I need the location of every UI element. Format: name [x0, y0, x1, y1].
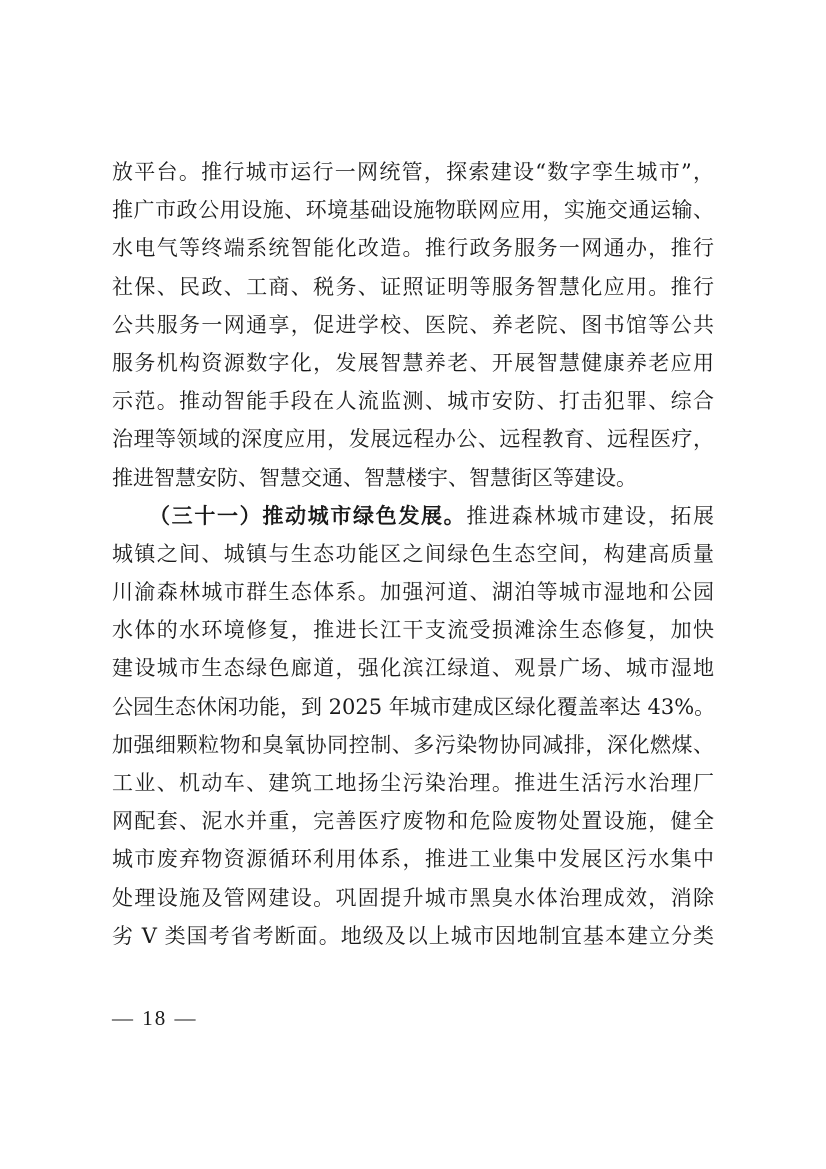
text-line: 公共服务一网通享，促进学校、医院、养老院、图书馆等公共 — [112, 306, 714, 344]
text-line: 工业、机动车、建筑工地扬尘污染治理。推进生活污水治理厂 — [112, 764, 714, 802]
text-line: 川渝森林城市群生态体系。加强河道、湖泊等城市湿地和公园 — [112, 573, 714, 611]
text-line: 城镇之间、城镇与生态功能区之间绿色生态空间，构建高质量 — [112, 535, 714, 573]
text-line: 加强细颗粒物和臭氧协同控制、多污染物协同减排，深化燃煤、 — [112, 726, 714, 764]
section-first-line: （三十一）推动城市绿色发展。推进森林城市建设，拓展 — [112, 497, 714, 535]
body-text: 放平台。推行城市运行一网统管，探索建设“数字孪生城市”， 推广市政公用设施、环境… — [112, 153, 714, 955]
document-page: 放平台。推行城市运行一网统管，探索建设“数字孪生城市”， 推广市政公用设施、环境… — [0, 0, 826, 1169]
text-line: 水体的水环境修复，推进长江干支流受损滩涂生态修复，加快 — [112, 611, 714, 649]
text-line: 推进智慧安防、智慧交通、智慧楼宇、智慧街区等建设。 — [112, 459, 714, 497]
section-first-line-text: 推进森林城市建设，拓展 — [466, 504, 714, 528]
text-line: 社保、民政、工商、税务、证照证明等服务智慧化应用。推行 — [112, 268, 714, 306]
text-line: 城市废弃物资源循环利用体系，推进工业集中发展区污水集中 — [112, 840, 714, 878]
section-heading: （三十一）推动城市绿色发展。 — [149, 503, 466, 528]
text-line: 水电气等终端系统智能化改造。推行政务服务一网通办，推行 — [112, 229, 714, 267]
text-line: 网配套、泥水并重，完善医疗废物和危险废物处置设施，健全 — [112, 802, 714, 840]
page-number: — 18 — — [112, 1006, 198, 1031]
text-line: 处理设施及管网建设。巩固提升城市黑臭水体治理成效，消除 — [112, 879, 714, 917]
text-line: 示范。推动智能手段在人流监测、城市安防、打击犯罪、综合 — [112, 382, 714, 420]
text-line: 公园生态休闲功能，到 2025 年城市建成区绿化覆盖率达 43%。 — [112, 688, 714, 726]
text-line: 劣 V 类国考省考断面。地级及以上城市因地制宜基本建立分类 — [112, 917, 714, 955]
text-line: 服务机构资源数字化，发展智慧养老、开展智慧健康养老应用 — [112, 344, 714, 382]
text-line: 推广市政公用设施、环境基础设施物联网应用，实施交通运输、 — [112, 191, 714, 229]
text-line: 建设城市生态绿色廊道，强化滨江绿道、观景广场、城市湿地 — [112, 649, 714, 687]
text-line: 治理等领域的深度应用，发展远程办公、远程教育、远程医疗， — [112, 420, 714, 458]
text-line: 放平台。推行城市运行一网统管，探索建设“数字孪生城市”， — [112, 153, 714, 191]
